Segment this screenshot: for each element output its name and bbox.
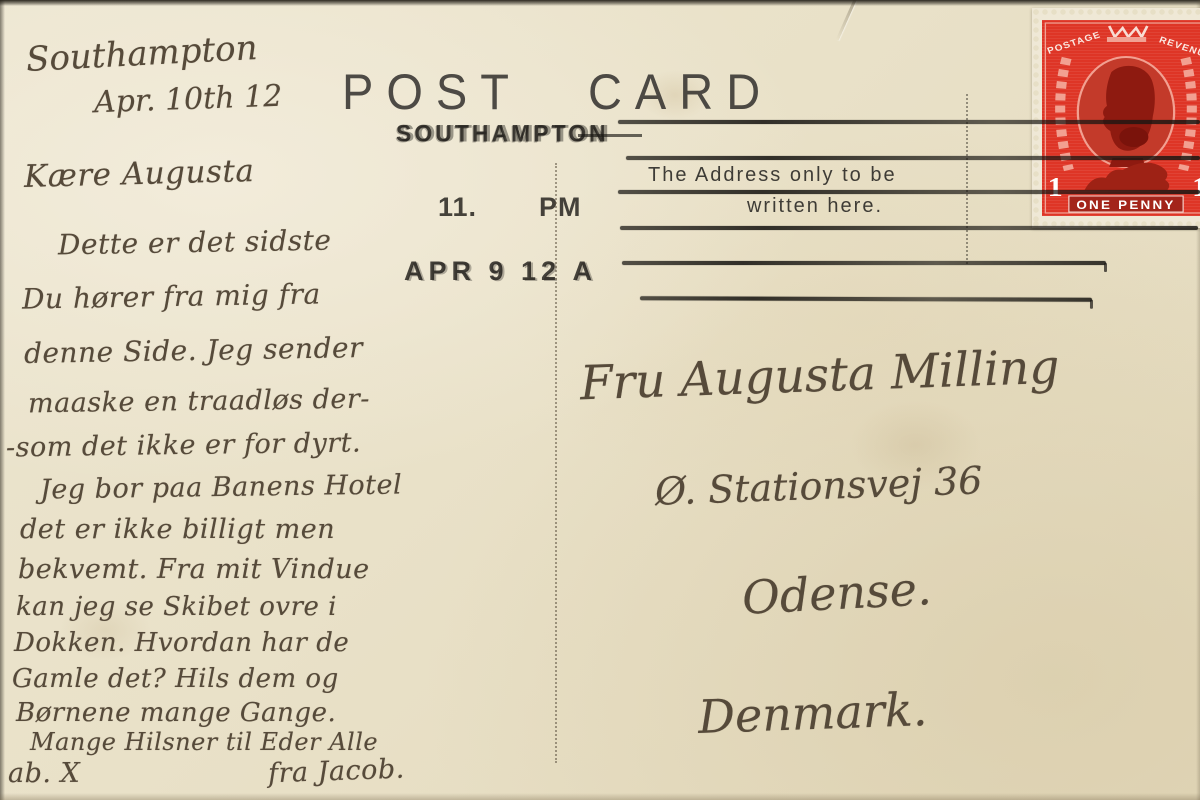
post-card-title: POST CARD <box>342 62 773 120</box>
stamp-perforation-top <box>1032 8 1200 16</box>
card-edge-left <box>0 0 5 800</box>
stamp-revenue-label: REVENUE <box>1157 35 1200 62</box>
postage-stamp: POSTAGE REVENUE 1 1 ONE PENNY <box>1032 8 1200 228</box>
postmark-time: 11. PM <box>438 192 582 223</box>
message-line: denne Side. Jeg sender <box>24 331 363 370</box>
cancel-bar-2 <box>626 156 1200 160</box>
stamp-postage-label: POSTAGE <box>1046 30 1103 57</box>
message-line: Gamle det? Hils dem og <box>12 664 339 694</box>
message-line: Jeg bor paa Banens Hotel <box>40 469 403 505</box>
paper-crease <box>836 0 857 41</box>
stamp-numeral-right: 1 <box>1192 172 1200 202</box>
cancel-bar-5 <box>622 261 1106 265</box>
post-card-word-post: POST <box>342 62 522 120</box>
message-line: -som det ikke er for dyrt. <box>6 428 362 464</box>
address-recipient: Fru Augusta Milling <box>579 340 1060 412</box>
sender-location: Southampton <box>25 28 258 80</box>
stamp-numeral-left: 1 <box>1048 172 1063 202</box>
message-line: Børnene mange Gange. <box>16 698 336 728</box>
cancel-bar-1 <box>618 120 1200 124</box>
stamp-perforation-left <box>1032 8 1040 228</box>
postmark-dash <box>578 134 642 137</box>
wreath-right <box>1183 58 1192 170</box>
message-closing-initials: ab. X <box>8 758 80 789</box>
stamp-artwork: POSTAGE REVENUE 1 1 ONE PENNY <box>1042 20 1200 216</box>
message-line: bekvemt. Fra mit Vindue <box>18 554 370 585</box>
message-line: Dette er det sidste <box>58 224 332 262</box>
postmark-hour: 11. <box>438 192 477 223</box>
center-divider-dotted-line <box>555 163 557 763</box>
stamp-denomination: ONE PENNY <box>1076 198 1175 212</box>
message-line: Dokken. Hvordan har de <box>14 628 349 658</box>
crown-icon <box>1109 26 1147 37</box>
cancel-bar-6 <box>640 296 1092 302</box>
address-box-line1: The Address only to be <box>648 164 897 187</box>
message-line: maaske en traadløs der- <box>28 384 370 420</box>
message-line: det er ikke billigt men <box>20 514 335 545</box>
post-card-word-card: CARD <box>588 62 773 120</box>
card-edge-top <box>0 0 1200 6</box>
wreath-left <box>1060 58 1069 170</box>
address-country: Denmark. <box>697 682 928 744</box>
address-street: Ø. Stationsvej 36 <box>654 458 983 513</box>
card-edge-bottom <box>0 793 1200 800</box>
message-salutation: Kære Augusta <box>24 153 255 195</box>
postmark-town: SOUTHAMPTON <box>396 119 609 147</box>
postmark-meridiem: PM <box>539 192 582 223</box>
postcard-photo: POST CARD Southampton Apr. 10th 12 SOUTH… <box>0 0 1200 800</box>
message-line: Du hører fra mig fra <box>22 277 321 315</box>
stamp-design: POSTAGE REVENUE 1 1 ONE PENNY <box>1042 20 1200 216</box>
message-line: Mange Hilsner til Eder Alle <box>30 728 378 756</box>
sender-date: Apr. 10th 12 <box>93 79 282 121</box>
crown-base <box>1107 37 1146 42</box>
address-city: Odense. <box>741 561 933 625</box>
cancel-bar-4 <box>620 226 1198 230</box>
message-signature: fra Jacob. <box>268 754 406 790</box>
cancel-bar-3 <box>618 190 1200 194</box>
beard <box>1119 127 1148 147</box>
message-line: kan jeg se Skibet ovre i <box>16 592 337 622</box>
postmark-date: APR 9 12 A <box>404 256 597 287</box>
address-box-line2: written here. <box>650 195 980 218</box>
